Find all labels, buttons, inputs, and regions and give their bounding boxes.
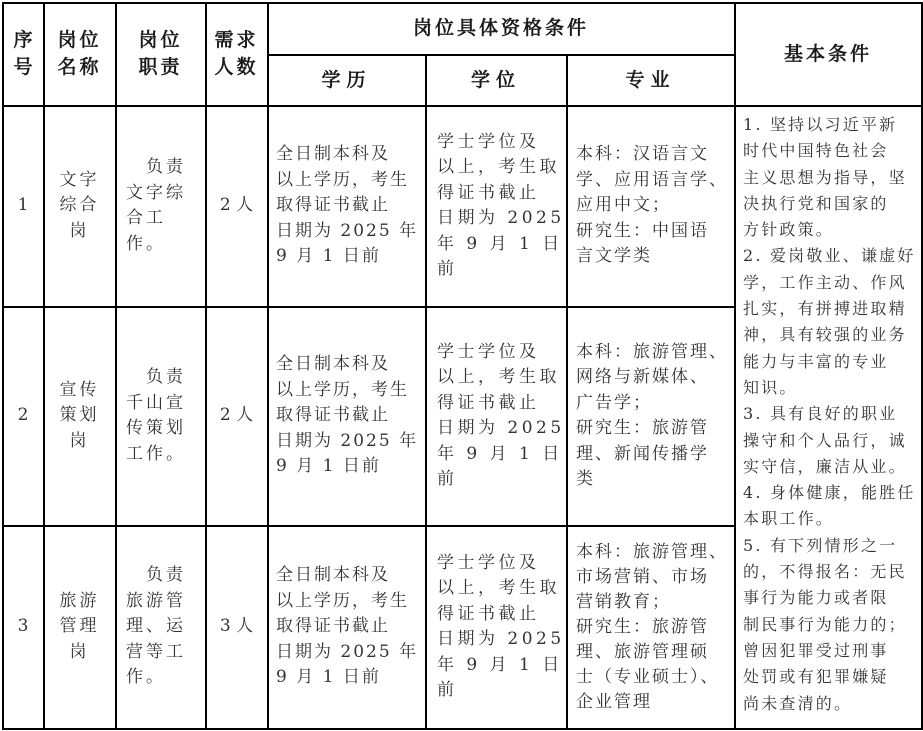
row1-headcount: 2 人 xyxy=(206,106,267,306)
job-requirements-table: 序 号 岗位 名称 岗位 职责 需求 人数 岗位具体资格条件 学历 学位 专业 … xyxy=(0,0,923,731)
row2-post-duty: 负责 千山宣 传策划 工作。 xyxy=(116,307,205,525)
basic-conditions-cell: 1. 坚持以习近平新 时代中国特色社会 主义思想为指导，坚 决执行党和国家的 方… xyxy=(735,106,921,728)
row2-education: 全日制本科及 以上学历，考生 取得证书截止 日期为 2025 年 9 月 1 日… xyxy=(268,307,425,525)
header-qualifications-group-label: 岗位具体资格条件 xyxy=(413,15,589,42)
row3-seq: 3 xyxy=(3,526,43,728)
row3-major: 本科：旅游管理、 市场营销、市场 营销教育； 研究生：旅游管 理、旅游管理硕 士… xyxy=(567,526,734,728)
row3-headcount: 3 人 xyxy=(206,526,267,728)
row2-seq-value: 2 xyxy=(18,403,29,429)
header-seq: 序 号 xyxy=(3,3,43,105)
row3-education-value: 全日制本科及 以上学历，考生 取得证书截止 日期为 2025 年 9 月 1 日… xyxy=(276,563,418,691)
row2-post-name: 宣传 策划 岗 xyxy=(44,307,115,525)
header-degree: 学位 xyxy=(426,55,566,105)
row1-major: 本科：汉语言文 学、应用语言学、 应用中文； 研究生：中国语 言文学类 xyxy=(567,106,734,306)
row1-post-duty: 负责 文字综 合工 作。 xyxy=(116,106,205,306)
row3-post-name-value: 旅游 管理 岗 xyxy=(60,589,100,666)
row1-headcount-value: 2 人 xyxy=(220,193,253,219)
row2-post-name-value: 宣传 策划 岗 xyxy=(60,378,100,455)
row1-education: 全日制本科及 以上学历，考生 取得证书截止 日期为 2025 年 9 月 1 日… xyxy=(268,106,425,306)
header-basic-conditions-label: 基本条件 xyxy=(784,41,872,68)
row3-post-duty-value: 负责 旅游管 理、运 营等工 作。 xyxy=(126,563,186,691)
header-post-name: 岗位 名称 xyxy=(44,3,115,105)
row1-degree-value: 学士学位及 以上，考生取 得证书截止 日期为 2025 年 9 月 1 日前 xyxy=(437,130,566,283)
header-post-duty-label: 岗位 职责 xyxy=(138,27,182,81)
header-basic-conditions: 基本条件 xyxy=(735,3,921,105)
row3-headcount-value: 3 人 xyxy=(220,614,253,640)
basic-conditions-text: 1. 坚持以习近平新 时代中国特色社会 主义思想为指导，坚 决执行党和国家的 方… xyxy=(743,112,916,717)
row2-degree-value: 学士学位及 以上，考生取 得证书截止 日期为 2025 年 9 月 1 日前 xyxy=(437,340,566,493)
border-bottom xyxy=(2,728,922,730)
row1-seq: 1 xyxy=(3,106,43,306)
row3-seq-value: 3 xyxy=(18,614,29,640)
header-seq-label: 序 号 xyxy=(13,27,32,81)
row3-post-name: 旅游 管理 岗 xyxy=(44,526,115,728)
row2-post-duty-value: 负责 千山宣 传策划 工作。 xyxy=(126,365,186,467)
row2-major: 本科：旅游管理、 网络与新媒体、 广告学； 研究生：旅游管 理、新闻传播学 类 xyxy=(567,307,734,525)
header-degree-label: 学位 xyxy=(471,67,521,94)
row2-education-value: 全日制本科及 以上学历，考生 取得证书截止 日期为 2025 年 9 月 1 日… xyxy=(276,352,418,480)
row1-post-name: 文字 综合 岗 xyxy=(44,106,115,306)
row3-degree: 学士学位及 以上，考生取 得证书截止 日期为 2025 年 9 月 1 日前 xyxy=(426,526,566,728)
row2-seq: 2 xyxy=(3,307,43,525)
header-major: 专业 xyxy=(567,55,734,105)
row1-seq-value: 1 xyxy=(18,193,29,219)
header-post-duty: 岗位 职责 xyxy=(116,3,205,105)
row1-major-value: 本科：汉语言文 学、应用语言学、 应用中文； 研究生：中国语 言文学类 xyxy=(576,142,728,270)
row2-degree: 学士学位及 以上，考生取 得证书截止 日期为 2025 年 9 月 1 日前 xyxy=(426,307,566,525)
header-post-name-label: 岗位 名称 xyxy=(57,27,101,81)
header-education-label: 学历 xyxy=(321,67,371,94)
row1-education-value: 全日制本科及 以上学历，考生 取得证书截止 日期为 2025 年 9 月 1 日… xyxy=(276,142,418,270)
border-right xyxy=(921,2,923,730)
row3-major-value: 本科：旅游管理、 市场营销、市场 营销教育； 研究生：旅游管 理、旅游管理硕 士… xyxy=(576,540,728,715)
header-education: 学历 xyxy=(268,55,425,105)
row2-headcount-value: 2 人 xyxy=(220,403,253,429)
row1-degree: 学士学位及 以上，考生取 得证书截止 日期为 2025 年 9 月 1 日前 xyxy=(426,106,566,306)
header-major-label: 专业 xyxy=(625,67,675,94)
row2-headcount: 2 人 xyxy=(206,307,267,525)
header-qualifications-group: 岗位具体资格条件 xyxy=(268,3,734,54)
header-headcount-label: 需求 人数 xyxy=(214,27,258,81)
row3-post-duty: 负责 旅游管 理、运 营等工 作。 xyxy=(116,526,205,728)
row3-degree-value: 学士学位及 以上，考生取 得证书截止 日期为 2025 年 9 月 1 日前 xyxy=(437,551,566,704)
row3-education: 全日制本科及 以上学历，考生 取得证书截止 日期为 2025 年 9 月 1 日… xyxy=(268,526,425,728)
row1-post-duty-value: 负责 文字综 合工 作。 xyxy=(126,155,186,257)
header-headcount: 需求 人数 xyxy=(206,3,267,105)
row2-major-value: 本科：旅游管理、 网络与新媒体、 广告学； 研究生：旅游管 理、新闻传播学 类 xyxy=(576,340,728,493)
row1-post-name-value: 文字 综合 岗 xyxy=(60,168,100,245)
